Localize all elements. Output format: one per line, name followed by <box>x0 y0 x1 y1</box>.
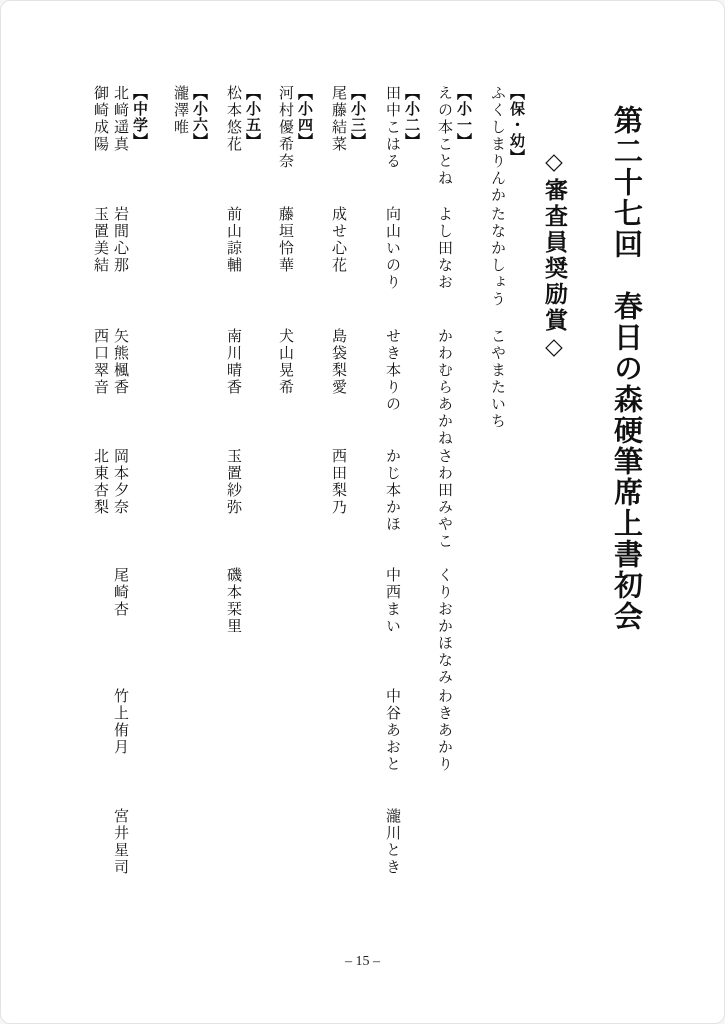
winner-name: よし田なお <box>437 206 452 291</box>
winner-name: 西口翠音 <box>93 328 108 396</box>
winner-name: 藤垣怜華 <box>278 206 293 274</box>
page-number: – 15 – <box>1 954 724 970</box>
category-label: 【保・幼】 <box>509 85 524 165</box>
category-label: 【小五】 <box>245 85 260 149</box>
winner-name: 島袋梨愛 <box>331 328 346 396</box>
category-label: 【小三】 <box>350 85 365 149</box>
winner-name: 北﨑遥真 <box>113 85 128 153</box>
winner-name: 磯本栞里 <box>226 567 241 635</box>
category-label: 【小一】 <box>456 85 471 149</box>
winner-name: 松本悠花 <box>226 85 241 153</box>
winner-name: たなかしょう <box>490 206 505 308</box>
winner-name: 尾崎杏 <box>113 567 128 618</box>
winner-name: くりおかほなみ <box>437 567 452 686</box>
winner-name: こやまたいち <box>490 328 505 430</box>
winner-name: かじ本かほ <box>385 448 400 533</box>
page-title: 第二十七回 春日の森硬筆席上書初会 <box>611 105 640 632</box>
winner-name: 矢熊楓香 <box>113 328 128 396</box>
category-label: 【小二】 <box>404 85 419 149</box>
winner-name: 中西まい <box>385 567 400 635</box>
category-label: 【小六】 <box>192 85 207 149</box>
winner-name: 岡本夕奈 <box>113 448 128 516</box>
category-label: 【中学】 <box>132 85 147 149</box>
winner-name: 西田梨乃 <box>331 448 346 516</box>
winner-name: 田中こはる <box>385 85 400 170</box>
award-heading: ◇審査員奨励賞◇ <box>543 149 566 363</box>
winner-name: 瀧川とき <box>385 808 400 876</box>
winner-name: 玉置紗弥 <box>226 448 241 516</box>
winner-name: 中谷あおと <box>385 688 400 773</box>
category-label: 【小四】 <box>297 85 312 149</box>
winner-name: 玉置美結 <box>93 206 108 274</box>
winner-name: 成せ心花 <box>331 206 346 274</box>
winner-name: 岩間心那 <box>113 206 128 274</box>
winner-name: 向山いのり <box>385 206 400 291</box>
winner-name: せき本りの <box>385 328 400 413</box>
winner-name: 南川晴香 <box>226 328 241 396</box>
winner-name: 瀧澤唯 <box>173 85 188 136</box>
winner-name: 前山諒輔 <box>226 206 241 274</box>
winner-name: 尾藤結菜 <box>331 85 346 153</box>
winner-name: 河村優希奈 <box>278 85 293 170</box>
winner-name: 宮井星司 <box>113 808 128 876</box>
winner-name: わきあかり <box>437 688 452 773</box>
winner-name: 竹上侑月 <box>113 688 128 756</box>
winner-name: 御崎成陽 <box>93 85 108 153</box>
winner-name: かわむらあかね <box>437 328 452 447</box>
winner-name: さわ田みやこ <box>437 448 452 550</box>
winner-name: えの本ことね <box>437 85 452 187</box>
winner-name: ふくしまりんか <box>490 85 505 204</box>
winner-name: 北東杏梨 <box>93 448 108 516</box>
document-page: 第二十七回 春日の森硬筆席上書初会 ◇審査員奨励賞◇ 【保・幼】ふくしまりんかた… <box>0 0 725 1024</box>
winner-name: 犬山晃希 <box>278 328 293 396</box>
